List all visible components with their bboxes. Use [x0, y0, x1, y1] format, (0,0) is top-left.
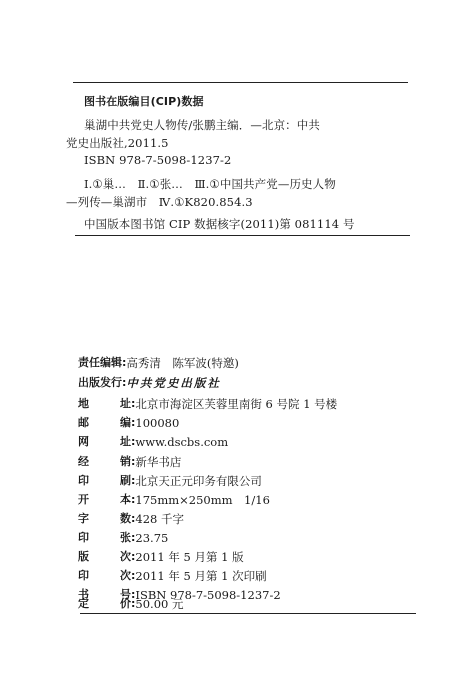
field-key-2: 刷: [120, 474, 131, 488]
field-value: 2011 年 5 月第 1 版: [135, 550, 243, 564]
colophon-field-price: 定 价 : 50.00 元: [78, 597, 183, 611]
field-value: 428 千字: [135, 512, 184, 526]
field-key-1: 版: [78, 550, 120, 564]
colophon-field-postcode: 邮 编 : 100080: [78, 416, 179, 430]
colophon-field-word-count: 字 数 : 428 千字: [78, 512, 184, 526]
cip-line-isbn: ISBN 978-7-5098-1237-2: [84, 153, 231, 167]
cip-line-subjects: Ⅰ.①巢… Ⅱ.①张… Ⅲ.①中国共产党—历史人物: [84, 177, 336, 191]
colophon-field-website: 网 址 : www.dscbs.com: [78, 435, 228, 449]
colophon-field-address: 地 址 : 北京市海淀区芙蓉里南街 6 号院 1 号楼: [78, 397, 337, 411]
cip-line-publisher-date: 党史出版社,2011.5: [66, 136, 169, 150]
field-key-1: 网: [78, 435, 120, 449]
cip-bottom-rule: [75, 235, 410, 236]
editor-value: 高秀清 陈军波(特邀): [126, 356, 238, 370]
field-value: 100080: [135, 416, 179, 430]
colophon-field-printed-sheets: 印 张 : 23.75: [78, 531, 168, 545]
field-key-2: 址: [120, 435, 131, 449]
field-key-1: 定: [78, 597, 120, 611]
cip-line-title-author: 巢湖中共党史人物传/张鹏主编．—北京：中共: [84, 118, 320, 132]
field-key-1: 印: [78, 531, 120, 545]
publisher-value: 中共党史出版社: [126, 376, 221, 390]
colophon-field-printer: 印 刷 : 北京天正元印务有限公司: [78, 474, 262, 488]
field-key-1: 邮: [78, 416, 120, 430]
colophon-field-printing: 印 次 : 2011 年 5 月第 1 次印刷: [78, 569, 267, 583]
field-key-2: 销: [120, 455, 131, 469]
field-key-2: 次: [120, 550, 131, 564]
colophon-editor-row: 责任编辑: 高秀清 陈军波(特邀): [78, 356, 239, 370]
cip-title: 图书在版编目(CIP)数据: [84, 95, 204, 109]
field-value: 北京市海淀区芙蓉里南街 6 号院 1 号楼: [135, 397, 337, 411]
field-key-1: 开: [78, 493, 120, 507]
field-value: 50.00 元: [135, 597, 183, 611]
field-key-2: 次: [120, 569, 131, 583]
field-key-2: 编: [120, 416, 131, 430]
colophon-field-distributor: 经 销 : 新华书店: [78, 455, 181, 469]
editor-label: 责任编辑:: [78, 356, 126, 370]
field-value: 23.75: [135, 531, 168, 545]
cip-line-subjects-cont: —列传—巢湖市 Ⅳ.①K820.854.3: [66, 195, 253, 209]
field-key-1: 印: [78, 569, 120, 583]
colophon-publisher-row: 出版发行: 中共党史出版社: [78, 376, 221, 390]
colophon-field-edition: 版 次 : 2011 年 5 月第 1 版: [78, 550, 244, 564]
publisher-label: 出版发行:: [78, 376, 126, 390]
field-key-1: 地: [78, 397, 120, 411]
field-value: 新华书店: [135, 455, 181, 469]
field-value: 2011 年 5 月第 1 次印刷: [135, 569, 266, 583]
field-value: 北京天正元印务有限公司: [135, 474, 262, 488]
field-key-2: 址: [120, 397, 131, 411]
field-value: www.dscbs.com: [135, 435, 228, 449]
field-key-1: 经: [78, 455, 120, 469]
field-key-2: 数: [120, 512, 131, 526]
field-key-2: 张: [120, 531, 131, 545]
field-value: 175mm×250mm 1/16: [135, 493, 269, 507]
colophon-bottom-rule: [80, 613, 416, 614]
field-key-2: 价: [120, 597, 131, 611]
cip-line-record-number: 中国版本图书馆 CIP 数据核字(2011)第 081114 号: [84, 217, 355, 231]
field-key-2: 本: [120, 493, 131, 507]
field-key-1: 字: [78, 512, 120, 526]
colophon-field-format: 开 本 : 175mm×250mm 1/16: [78, 493, 270, 507]
field-key-1: 印: [78, 474, 120, 488]
cip-top-rule: [73, 82, 408, 83]
